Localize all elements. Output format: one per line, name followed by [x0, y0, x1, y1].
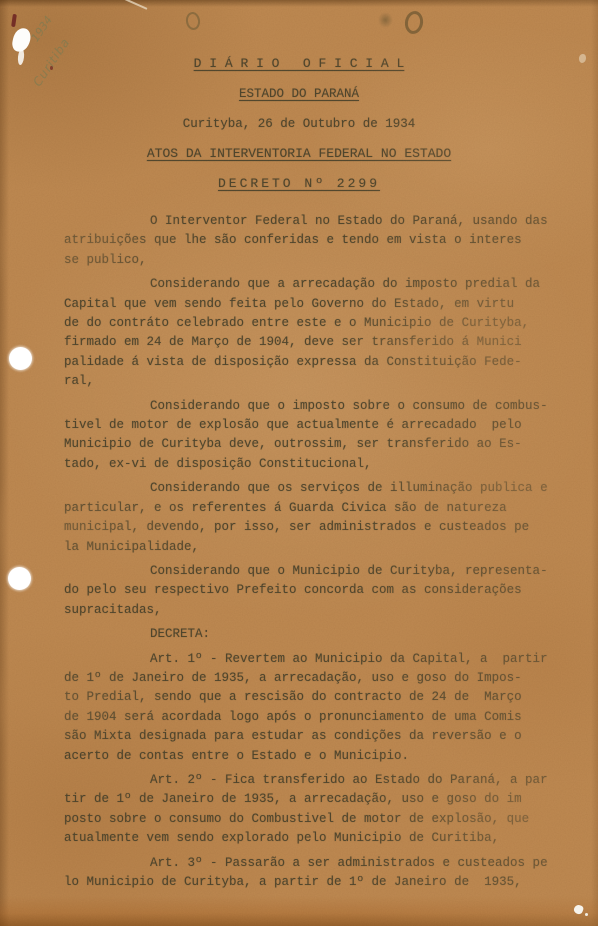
text-line: lo Municipio de Curityba, a partir de 1º… — [64, 873, 554, 892]
document-header: D I Á R I O O F I C I A L ESTADO DO PARA… — [0, 54, 598, 204]
text-line: tado, ex-vi de disposição Constitucional… — [64, 455, 554, 474]
text-line: municipal, devendo, por isso, ser admini… — [64, 518, 554, 537]
journal-title: D I Á R I O O F I C I A L — [0, 54, 598, 74]
section-heading: ATOS DA INTERVENTORIA FEDERAL NO ESTADO — [0, 144, 598, 164]
text-line: se publico, — [64, 251, 554, 270]
text-line: Municipio de Curityba deve, outrossim, s… — [64, 435, 554, 454]
text-line: atribuições que lhe são conferidas e ten… — [64, 231, 554, 250]
white-speck-dot — [585, 913, 588, 916]
text-line: de 1904 será acordada logo após o pronun… — [64, 708, 554, 727]
ink-stain-mark — [11, 14, 17, 27]
paragraph: Considerando que o imposto sobre o consu… — [64, 397, 554, 475]
text-line: DECRETA: — [64, 625, 554, 644]
scratch-mark — [125, 0, 148, 10]
scanned-document-page: D I Á R I O O F I C I A L ESTADO DO PARA… — [0, 0, 598, 926]
text-line: tivel de motor de explosão que actualmen… — [64, 416, 554, 435]
text-line: firmado em 24 de Março de 1904, deve ser… — [64, 333, 554, 352]
punch-hole — [9, 347, 32, 370]
text-line: ral, — [64, 372, 554, 391]
state-name: ESTADO DO PARANÁ — [0, 84, 598, 104]
text-line: palidade á vista de disposição expressa … — [64, 353, 554, 372]
paragraph: DECRETA: — [64, 625, 554, 644]
text-line: são Mixta designada para estudar as cond… — [64, 727, 554, 746]
text-line: to Predial, sendo que a rescisão do cont… — [64, 688, 554, 707]
text-line: atualmente vem sendo explorado pelo Muni… — [64, 829, 554, 848]
paragraph: Art. 1º - Revertem ao Municipio da Capit… — [64, 650, 554, 766]
paragraph: O Interventor Federal no Estado do Paran… — [64, 212, 554, 270]
paragraph: Considerando que a arrecadação do impost… — [64, 275, 554, 391]
paragraph: Considerando que os serviços de illumina… — [64, 479, 554, 557]
text-line: tir de 1º de Janeiro de 1935, a arrecada… — [64, 790, 554, 809]
text-line: Art. 1º - Revertem ao Municipio da Capit… — [64, 650, 554, 669]
paragraph: Art. 3º - Passarão a ser administrados e… — [64, 854, 554, 893]
text-line: Capital que vem sendo feita pelo Governo… — [64, 295, 554, 314]
paragraph: Art. 2º - Fica transferido ao Estado do … — [64, 771, 554, 849]
ink-ring-smudge — [185, 11, 201, 31]
text-line: acerto de contas entre o Estado e o Muni… — [64, 747, 554, 766]
document-body: O Interventor Federal no Estado do Paran… — [64, 212, 554, 897]
dark-smudge — [378, 12, 393, 28]
text-line: Considerando que o Municipio de Curityba… — [64, 562, 554, 581]
handwritten-note-year: 1934 — [29, 14, 55, 44]
ink-ring-smudge — [403, 10, 425, 36]
dateline: Curityba, 26 de Outubro de 1934 — [0, 114, 598, 134]
paragraph: Considerando que o Municipio de Curityba… — [64, 562, 554, 620]
text-line: Considerando que o imposto sobre o consu… — [64, 397, 554, 416]
text-line: Art. 2º - Fica transferido ao Estado do … — [64, 771, 554, 790]
decree-number: DECRETO Nº 2299 — [0, 174, 598, 194]
text-line: de 1º de Janeiro de 1935, a arrecadação,… — [64, 669, 554, 688]
text-line: posto sobre o consumo do Combustivel de … — [64, 810, 554, 829]
text-line: de do contráto celebrado entre este e o … — [64, 314, 554, 333]
text-line: supracitadas, — [64, 601, 554, 620]
text-line: la Municipalidade, — [64, 538, 554, 557]
text-line: Considerando que a arrecadação do impost… — [64, 275, 554, 294]
text-line: Art. 3º - Passarão a ser administrados e… — [64, 854, 554, 873]
text-line: particular, e os referentes á Guarda Civ… — [64, 499, 554, 518]
punch-hole — [8, 567, 31, 590]
white-speck — [573, 904, 585, 916]
text-line: Considerando que os serviços de illumina… — [64, 479, 554, 498]
text-line: O Interventor Federal no Estado do Paran… — [64, 212, 554, 231]
text-line: do pelo seu respectivo Prefeito concorda… — [64, 581, 554, 600]
